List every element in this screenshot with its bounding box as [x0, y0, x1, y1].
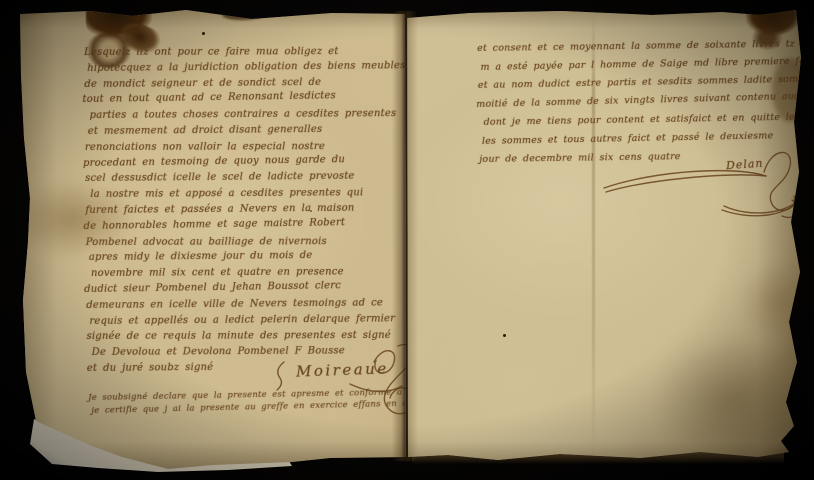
photo-vignette — [0, 0, 814, 480]
photo-canvas: Lesquelz ilz ont pour ce faire mua oblig… — [0, 0, 814, 480]
